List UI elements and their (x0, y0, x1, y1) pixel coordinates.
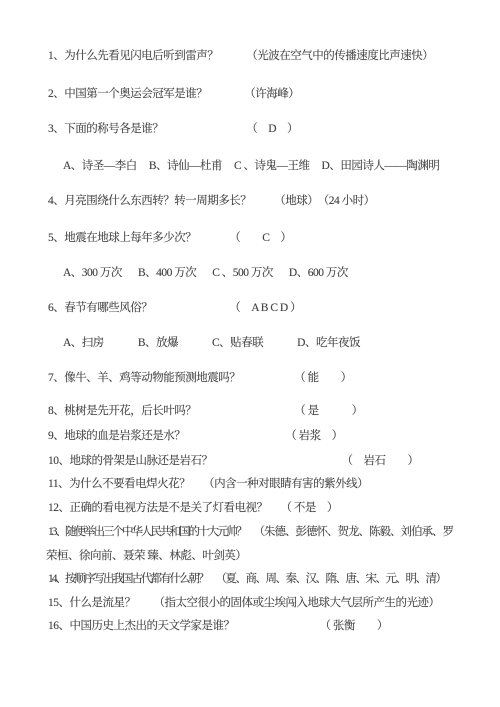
question-row-5: 5、地震在地球上每年多少次？ （ C ） (48, 231, 291, 246)
question-row-12: 12、正确的看电视方法是不是关了灯看电视？ （ 不是 ） (48, 501, 338, 516)
answer-text: （ A B C D ） (229, 301, 301, 316)
answer-text: （地球） （24 小时） (274, 194, 374, 209)
answer-text: （ 张衡 ） (320, 619, 388, 634)
answer-text: （朱德、彭德怀、贺龙、陈毅、刘伯承、罗 (254, 525, 454, 540)
answer-text: （夏、商、周、秦、汉、隋、唐、宋、元、明、清） (216, 572, 446, 587)
answer-text: （光波在空气中的传播速度比声速快） (246, 49, 433, 64)
question-row-4: 4、月亮围绕什么东西转？转一周期多长？ （地球） （24 小时） (48, 194, 375, 209)
question-text: 6、春节有哪些风俗？ (48, 301, 152, 316)
option-a: A、诗圣—李白 (63, 159, 137, 174)
question-row-3: 3、下面的称号各是谁？ （ D ） (48, 122, 298, 137)
answer-text: （ 能 ） (294, 371, 351, 386)
question-row-15: 15、什么是流星？ （指太空很小的固体或尘埃闯入地球大气层所产生的光迹） (48, 596, 440, 611)
question-text: 14、按顺序写出我国古代都有什么朝？ (48, 572, 208, 587)
answer-text: （指太空很小的固体或尘埃闯入地球大气层所产生的光迹） (154, 596, 440, 611)
answer-text: （ 岩石 ） (342, 454, 419, 469)
question-row-8: 8、桃树是先开花，后长叶吗？ （ 是 ） (48, 404, 363, 419)
answer-text: （ 是 ） (294, 404, 362, 419)
answer-text: （ 不是 ） (281, 501, 338, 516)
question-row-13: 13、随便举出三个中华人民共和国的十大元帅？ （朱德、彭德怀、贺龙、陈毅、刘伯承… (48, 525, 453, 540)
question-text: 12、正确的看电视方法是不是关了灯看电视？ (48, 501, 268, 516)
question-row-10: 10、地球的骨架是山脉还是岩石？ （ 岩石 ） (48, 454, 419, 469)
question-text: 15、什么是流星？ (48, 596, 136, 611)
question-13-continuation: 荣桓、徐向前、聂荣 臻、林彪、叶剑英） (46, 549, 246, 564)
question-row-7: 7、像牛、羊、鸡等动物能预测地震吗？ （ 能 ） (48, 371, 352, 386)
question-text: 10、地球的骨架是山脉还是岩石？ (48, 454, 213, 469)
option-c: C、贴春联 (212, 336, 263, 351)
question-row-11: 11、为什么不要看电焊火花？ （内含一种对眼睛有害的紫外线） (48, 477, 368, 492)
question-row-16: 16、中国历史上杰出的天文学家是谁？ （ 张衡 ） (48, 619, 388, 634)
question-text: 13、随便举出三个中华人民共和国的十大元帅？ (48, 525, 246, 540)
options-row-6: A、扫房 B、放爆 C、贴春联 D、吃年夜饭 (63, 336, 360, 351)
question-text: 3、下面的称号各是谁？ (48, 122, 163, 137)
question-text: 16、中国历史上杰出的天文学家是谁？ (48, 619, 235, 634)
option-d: D、田园诗人——陶渊明 (322, 159, 440, 174)
option-d: D、吃年夜饭 (297, 336, 360, 351)
question-text: 8、桃树是先开花，后长叶吗？ (48, 404, 196, 419)
question-row-1: 1、为什么先看见闪电后听到雷声？ （光波在空气中的传播速度比声速快） (48, 49, 433, 64)
option-b: B、放爆 (138, 336, 178, 351)
option-d: D、600 万次 (289, 266, 348, 281)
question-text: 9、地球的血是岩浆还是水？ (48, 429, 185, 444)
question-row-6: 6、春节有哪些风俗？ （ A B C D ） (48, 301, 301, 316)
option-a: A、扫房 (63, 336, 104, 351)
question-text: 11、为什么不要看电焊火花？ (48, 477, 190, 492)
answer-text: （ 岩浆 ） (285, 429, 342, 444)
option-b: B、诗仙—杜甫 (149, 159, 222, 174)
answer-text: （许海峰） (244, 87, 299, 102)
question-row-14: 14、按顺序写出我国古代都有什么朝？ （夏、商、周、秦、汉、隋、唐、宋、元、明、… (48, 572, 446, 587)
question-text: 1、为什么先看见闪电后听到雷声？ (48, 49, 218, 64)
option-a: A、300 万次 (63, 266, 122, 281)
quiz-document-page: 1、为什么先看见闪电后听到雷声？ （光波在空气中的传播速度比声速快） 2、中国第… (0, 0, 500, 707)
option-c: C 、诗鬼—王维 (234, 159, 310, 174)
answer-text: （ D ） (246, 122, 298, 137)
question-text: 4、月亮围绕什么东西转？转一周期多长？ (48, 194, 251, 209)
answer-continuation-text: 荣桓、徐向前、聂荣 臻、林彪、叶剑英） (46, 549, 246, 564)
option-b: B、400 万次 (138, 266, 196, 281)
question-row-2: 2、中国第一个奥运会冠军是谁？ （许海峰） (48, 87, 299, 102)
answer-text: （内含一种对眼睛有害的紫外线） (203, 477, 368, 492)
question-text: 5、地震在地球上每年多少次？ (48, 231, 196, 246)
question-text: 7、像牛、羊、鸡等动物能预测地震吗？ (48, 371, 240, 386)
question-row-9: 9、地球的血是岩浆还是水？ （ 岩浆 ） (48, 429, 343, 444)
options-row-3: A、诗圣—李白 B、诗仙—杜甫 C 、诗鬼—王维 D、田园诗人——陶渊明 (63, 159, 439, 174)
question-text: 2、中国第一个奥运会冠军是谁？ (48, 87, 207, 102)
answer-text: （ C ） (229, 231, 291, 246)
option-c: C 、500 万次 (212, 266, 273, 281)
options-row-5: A、300 万次 B、400 万次 C 、500 万次 D、600 万次 (63, 266, 348, 281)
